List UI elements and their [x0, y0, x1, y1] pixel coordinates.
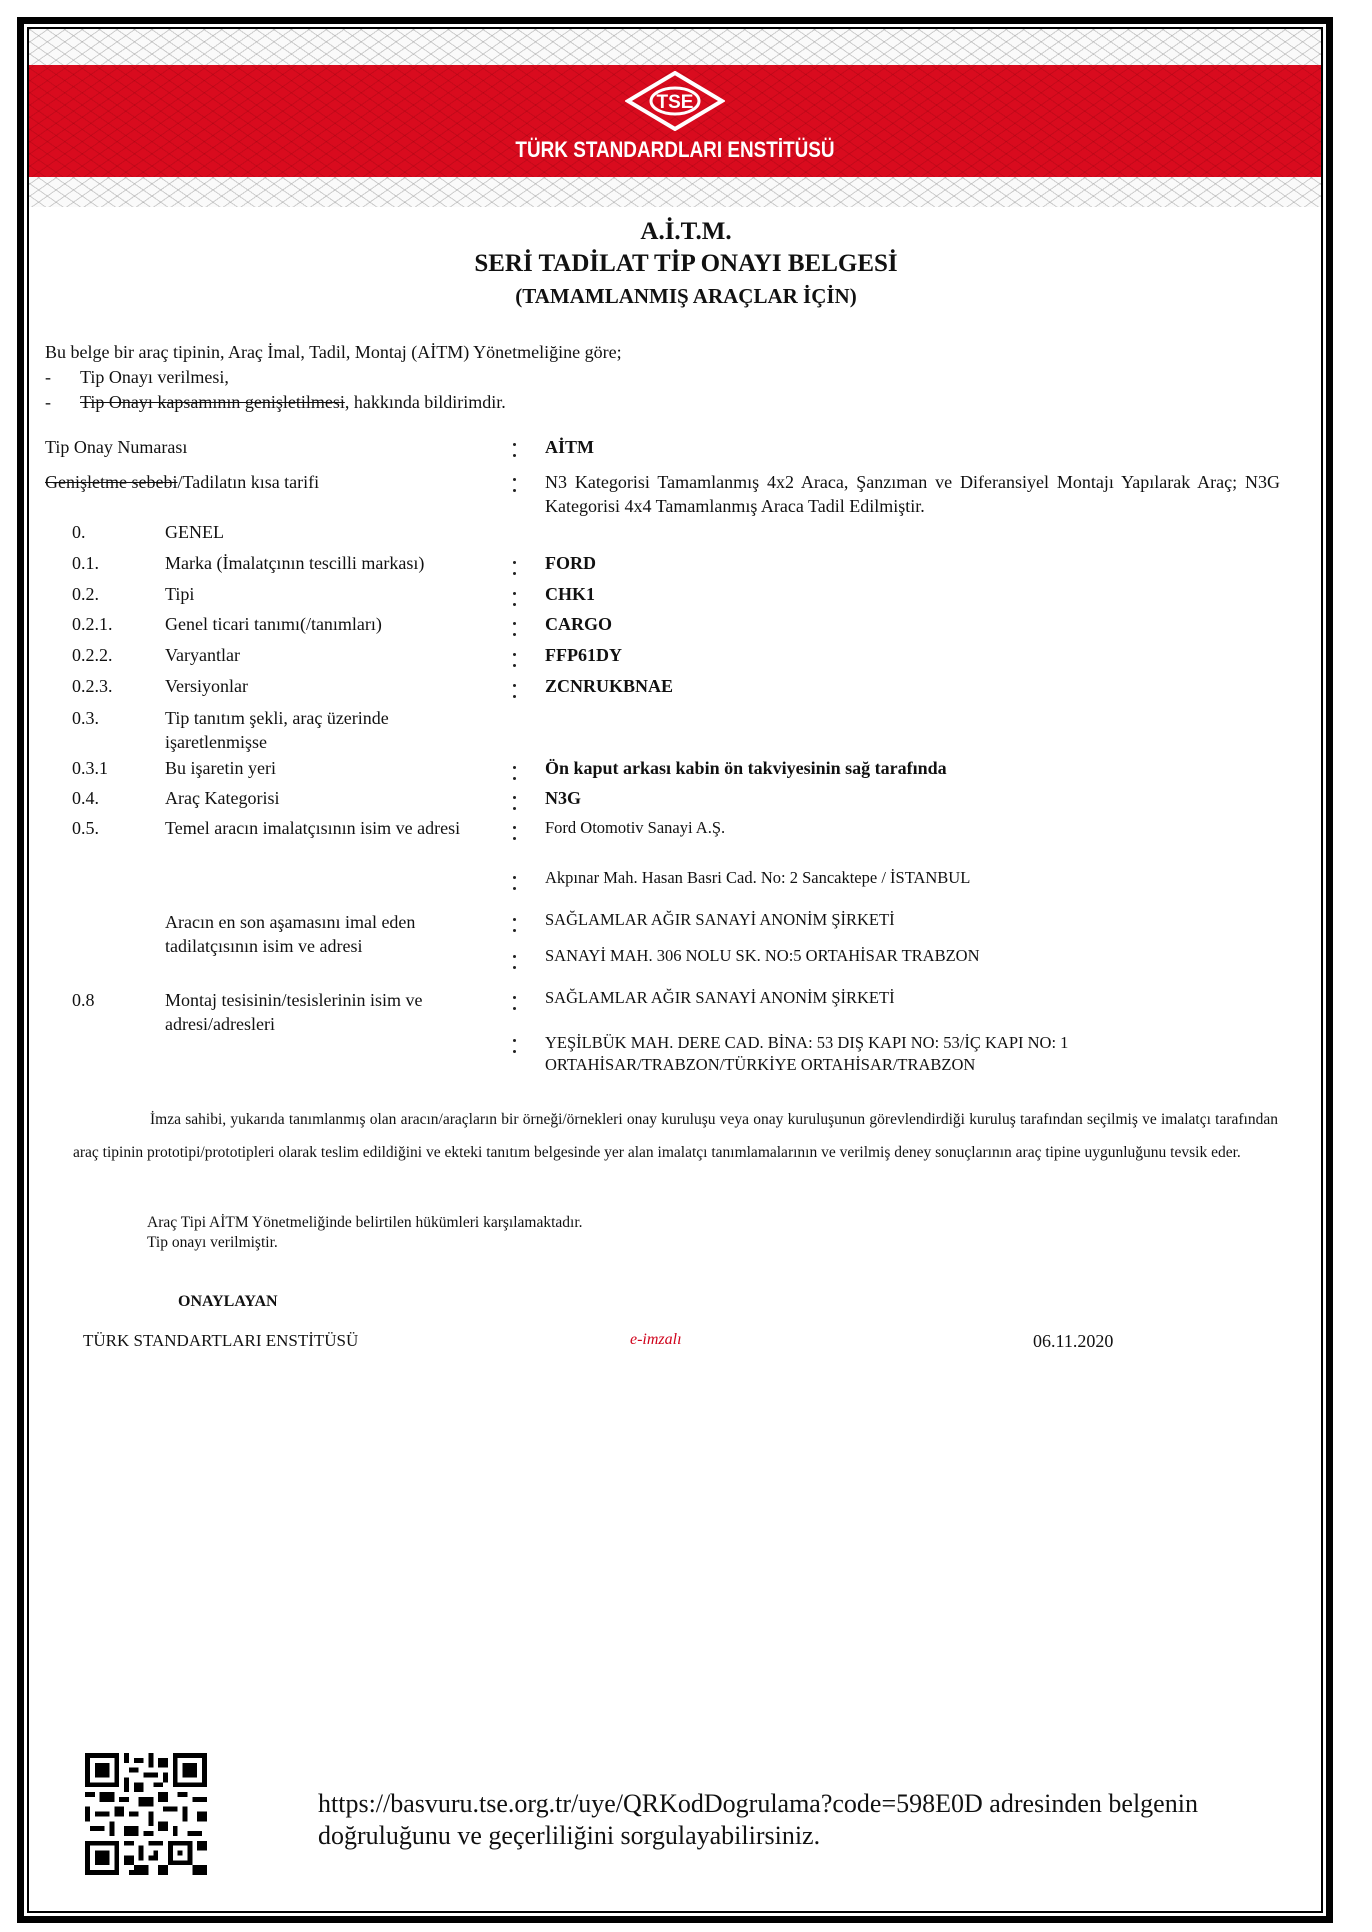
- intro-block: Bu belge bir araç tipinin, Araç İmal, Ta…: [45, 340, 622, 415]
- brand-label: Marka (İmalatçının tescilli markası): [165, 551, 495, 575]
- commercial-name-label: Genel ticari tanımı(/tanımları): [165, 612, 495, 636]
- section-num: 0.: [72, 520, 162, 544]
- doc-title-main: SERİ TADİLAT TİP ONAYI BELGESİ: [0, 250, 1372, 278]
- intro-bullet-2: -Tip Onayı kapsamının genişletilmesi, ha…: [45, 390, 622, 415]
- assembly-plant-label: Montaj tesisinin/tesislerinin isim ve ad…: [165, 988, 485, 1036]
- bullet-text: Tip Onayı verilmesi,: [80, 367, 229, 387]
- section-num: 0.3.: [72, 706, 162, 730]
- reason-label: Genişletme sebebi/Tadilatın kısa tarifi: [45, 470, 485, 494]
- final-stage-name: SAĞLAMLAR AĞIR SANAYİ ANONİM ŞİRKETİ: [545, 908, 1280, 932]
- banner-red-band: TSE TÜRK STANDARDLARI ENSTİTÜSÜ: [29, 65, 1321, 177]
- approval-number-value: AİTM: [545, 435, 1280, 459]
- verification-url[interactable]: https://basvuru.tse.org.tr/uye/QRKodDogr…: [318, 1789, 983, 1818]
- banner-lattice-top: [29, 29, 1321, 65]
- banner-lattice-bottom: [29, 177, 1321, 207]
- section-num: 0.2.: [72, 582, 162, 606]
- type-marking-label: Tip tanıtım şekli, araç üzerinde işaretl…: [165, 706, 465, 754]
- base-manufacturer-address: Akpınar Mah. Hasan Basri Cad. No: 2 Sanc…: [545, 866, 1280, 890]
- bullet-text-struck: Tip Onayı kapsamının genişletilmesi: [80, 392, 345, 412]
- reason-label-rest: /Tadilatın kısa tarifi: [177, 472, 319, 492]
- page-frame-inner: [27, 27, 1323, 1913]
- category-value: N3G: [545, 786, 1280, 810]
- final-stage-label: Aracın en son aşamasını imal eden tadila…: [165, 910, 485, 958]
- section-num: 0.5.: [72, 816, 162, 840]
- intro-bullet-1: -Tip Onayı verilmesi,: [45, 365, 622, 390]
- colon: [513, 684, 517, 698]
- category-label: Araç Kategorisi: [165, 786, 495, 810]
- colon: [513, 561, 517, 575]
- colon: [513, 955, 517, 969]
- type-label: Tipi: [165, 582, 495, 606]
- verification-text: https://basvuru.tse.org.tr/uye/QRKodDogr…: [318, 1788, 1318, 1852]
- section-general-label: GENEL: [165, 520, 495, 544]
- tse-logo-icon: TSE: [625, 71, 725, 131]
- assembly-plant-name: SAĞLAMLAR AĞIR SANAYİ ANONİM ŞİRKETİ: [545, 986, 1280, 1010]
- assembly-plant-address-line1: YEŞİLBÜK MAH. DERE CAD. BİNA: 53 DIŞ KAP…: [545, 1032, 1280, 1054]
- svg-text:TSE: TSE: [657, 92, 694, 113]
- colon: [513, 478, 517, 492]
- signature-organization: TÜRK STANDARTLARI ENSTİTÜSÜ: [83, 1331, 358, 1351]
- declaration-text: İmza sahibi, yukarıda tanımlanmış olan a…: [73, 1111, 1278, 1161]
- qr-code-icon[interactable]: [85, 1753, 207, 1875]
- bullet-marker: -: [45, 365, 80, 390]
- doc-title-sub: (TAMAMLANMIŞ ARAÇLAR İÇİN): [0, 284, 1372, 309]
- variants-value: FFP61DY: [545, 643, 1280, 667]
- commercial-name-value: CARGO: [545, 612, 1280, 636]
- declaration-compliance: Araç Tipi AİTM Yönetmeliğinde belirtilen…: [147, 1213, 583, 1233]
- approval-number-label: Tip Onay Numarası: [45, 435, 485, 459]
- section-num: 0.2.2.: [72, 643, 162, 667]
- colon: [513, 918, 517, 932]
- reason-value: N3 Kategorisi Tamamlanmış 4x2 Araca, Şan…: [545, 470, 1280, 518]
- marking-location-label: Bu işaretin yeri: [165, 756, 495, 780]
- colon: [513, 876, 517, 890]
- declaration-approved: Tip onayı verilmiştir.: [147, 1233, 278, 1253]
- intro-line: Bu belge bir araç tipinin, Araç İmal, Ta…: [45, 340, 622, 365]
- colon: [513, 796, 517, 810]
- colon: [513, 443, 517, 457]
- bullet-text-rest: , hakkında bildirimdir.: [345, 392, 506, 412]
- variants-label: Varyantlar: [165, 643, 495, 667]
- colon: [513, 826, 517, 840]
- doc-title-abbrev: A.İ.T.M.: [0, 218, 1372, 246]
- section-num: 0.8: [72, 988, 162, 1012]
- colon: [513, 1039, 517, 1053]
- brand-value: FORD: [545, 551, 1280, 575]
- declaration-paragraph: İmza sahibi, yukarıda tanımlanmış olan a…: [73, 1103, 1278, 1169]
- assembly-plant-address-line2: ORTAHİSAR/TRABZON/TÜRKİYE ORTAHİSAR/TRAB…: [545, 1054, 1280, 1076]
- colon: [513, 592, 517, 606]
- institute-name: TÜRK STANDARDLARI ENSTİTÜSÜ: [119, 137, 1230, 163]
- base-manufacturer-label: Temel aracın imalatçısının isim ve adres…: [165, 816, 485, 840]
- section-num: 0.3.1: [72, 756, 162, 780]
- bullet-marker: -: [45, 390, 80, 415]
- versions-value: ZCNRUKBNAE: [545, 674, 1280, 698]
- marking-location-value: Ön kaput arkası kabin ön takviyesinin sa…: [545, 756, 1280, 780]
- e-signature-mark: e-imzalı: [630, 1331, 682, 1349]
- assembly-plant-address: YEŞİLBÜK MAH. DERE CAD. BİNA: 53 DIŞ KAP…: [545, 1032, 1280, 1076]
- section-num: 0.2.3.: [72, 674, 162, 698]
- header-banner: TSE TÜRK STANDARDLARI ENSTİTÜSÜ: [29, 29, 1321, 207]
- colon: [513, 622, 517, 636]
- section-num: 0.4.: [72, 786, 162, 810]
- signature-date: 06.11.2020: [1033, 1331, 1113, 1352]
- type-value: CHK1: [545, 582, 1280, 606]
- versions-label: Versiyonlar: [165, 674, 495, 698]
- section-num: 0.2.1.: [72, 612, 162, 636]
- signature-heading: ONAYLAYAN: [178, 1293, 278, 1311]
- base-manufacturer-name: Ford Otomotiv Sanayi A.Ş.: [545, 816, 1280, 840]
- reason-label-struck: Genişletme sebebi: [45, 472, 177, 492]
- final-stage-address: SANAYİ MAH. 306 NOLU SK. NO:5 ORTAHİSAR …: [545, 944, 1280, 968]
- colon: [513, 766, 517, 780]
- colon: [513, 996, 517, 1010]
- section-num: 0.1.: [72, 551, 162, 575]
- colon: [513, 653, 517, 667]
